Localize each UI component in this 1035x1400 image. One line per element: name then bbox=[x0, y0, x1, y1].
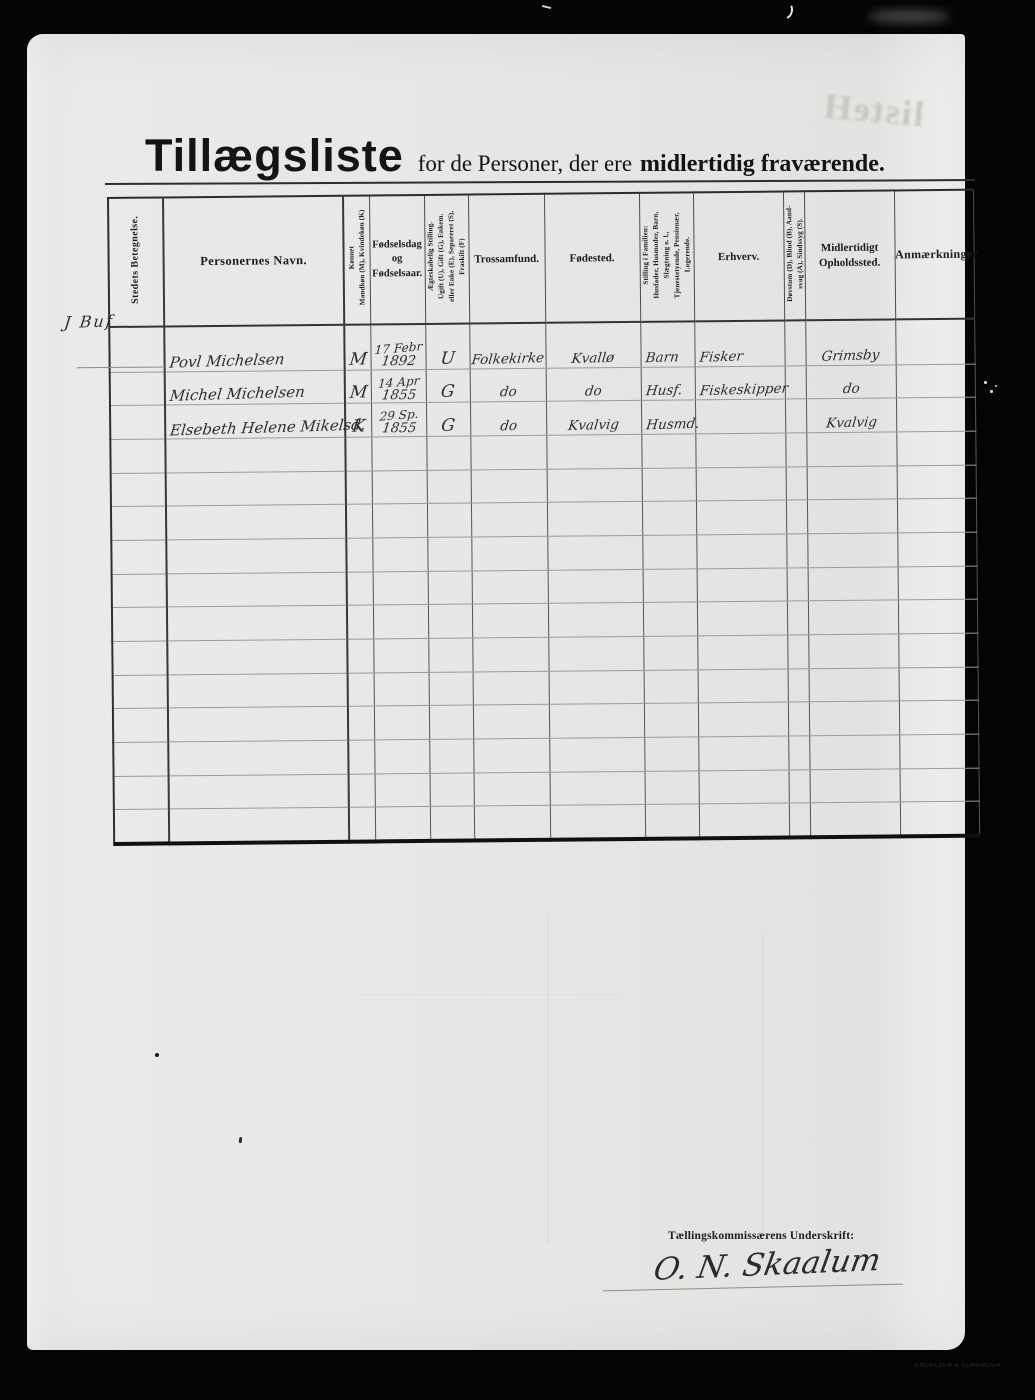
cell-kjonn: M bbox=[345, 369, 371, 403]
table-cell-empty bbox=[785, 433, 806, 467]
table-cell-empty bbox=[346, 538, 372, 572]
table-cell-empty bbox=[698, 736, 788, 771]
table-cell-empty bbox=[169, 808, 349, 843]
table-cell-empty bbox=[897, 532, 976, 566]
scan-speck bbox=[984, 381, 987, 384]
table-cell-empty bbox=[473, 738, 549, 772]
table-cell-empty bbox=[645, 804, 699, 838]
table-cell-empty bbox=[347, 572, 373, 606]
cell-anmerkninger bbox=[895, 319, 974, 365]
header-label: Ægteskabelig Stilling. Ugift (U), Gift (… bbox=[425, 211, 468, 303]
header-cell-navn: Personernes Navn. bbox=[163, 196, 344, 327]
table-cell-empty bbox=[899, 734, 978, 768]
bleedthrough-text: listeH bbox=[820, 85, 925, 136]
header-label: Erhverv. bbox=[694, 250, 783, 263]
ghost-line bbox=[357, 994, 617, 995]
table-cell-empty bbox=[900, 768, 979, 802]
handwritten-value: do bbox=[499, 386, 517, 400]
handwritten-value: Fiskeskipper bbox=[699, 383, 789, 399]
handwritten-value: Grimsby bbox=[821, 348, 880, 363]
table-cell-empty bbox=[641, 434, 695, 468]
table-cell-empty bbox=[473, 705, 549, 739]
header-cell-kjonn: Kønnet Mandkøn (M), Kvindekøn (K) bbox=[343, 195, 370, 324]
handwritten-value: G bbox=[440, 417, 455, 434]
cell-fodested: Kvallø bbox=[545, 322, 640, 368]
table-cell-empty bbox=[807, 533, 897, 568]
table-cell-empty bbox=[807, 499, 897, 534]
ink-speck bbox=[239, 1137, 242, 1143]
table-cell-empty bbox=[810, 802, 900, 837]
header-label: Anmærkninger bbox=[895, 247, 973, 263]
handwritten-birthyear: 1855 bbox=[371, 422, 427, 436]
table-cell-empty bbox=[165, 437, 345, 472]
table-cell-empty bbox=[166, 504, 346, 539]
scan-smudge bbox=[868, 10, 950, 23]
cell-erhverv: Fisker bbox=[694, 321, 784, 367]
table-cell-empty bbox=[696, 534, 786, 569]
table-cell-empty bbox=[375, 773, 430, 807]
table-cell-empty bbox=[114, 809, 169, 843]
handwritten-value: do bbox=[499, 420, 517, 434]
cell-sted bbox=[109, 326, 164, 372]
title-emphasis: midlertidig fraværende. bbox=[640, 151, 885, 177]
table-cell-empty bbox=[786, 534, 807, 568]
table-cell-empty bbox=[428, 638, 472, 672]
cell-navn: Michel Michelsen bbox=[165, 370, 345, 405]
table-cell-empty bbox=[550, 805, 645, 840]
handwritten-value: Kvallø bbox=[571, 351, 615, 366]
handwritten-value: do bbox=[842, 383, 860, 397]
table-cell-empty bbox=[166, 471, 346, 506]
table-cell-empty bbox=[698, 702, 788, 737]
table-cell-empty bbox=[111, 540, 166, 574]
table-cell-empty bbox=[788, 736, 809, 770]
cell-fodselsdag: 29 Sp.1855 bbox=[371, 403, 426, 437]
header-label: Stedets Betegnelse. bbox=[128, 216, 143, 304]
table-cell-empty bbox=[430, 773, 474, 807]
header-label: Døvstum (D), Blind (B), Aand- svag (A), … bbox=[784, 205, 806, 302]
header-label: Kønnet Mandkøn (M), Kvindekøn (K) bbox=[346, 210, 368, 306]
table-cell-empty bbox=[348, 673, 374, 707]
table-cell-empty bbox=[427, 537, 471, 571]
table-cell-empty bbox=[644, 703, 698, 737]
table-cell-empty bbox=[643, 568, 697, 602]
table-cell-empty bbox=[112, 574, 167, 608]
table-cell-empty bbox=[168, 673, 348, 708]
table-cell-empty bbox=[787, 635, 808, 669]
table-cell-empty bbox=[549, 704, 644, 739]
table-cell-empty bbox=[789, 770, 810, 804]
table-cell-empty bbox=[642, 535, 696, 569]
table-cell-empty bbox=[345, 437, 371, 471]
cell-trossamfund: Folkekirke bbox=[469, 323, 545, 369]
table-cell-empty bbox=[427, 470, 471, 504]
table-cell-empty bbox=[644, 670, 698, 704]
header-label: Fødselsdag og Fødselsaar. bbox=[370, 238, 424, 281]
table-cell-empty bbox=[372, 504, 427, 538]
table-cell-empty bbox=[697, 635, 787, 670]
handwritten-value: M bbox=[348, 385, 367, 403]
table-cell-empty bbox=[114, 776, 169, 810]
handwritten-value: Folkekirke bbox=[471, 352, 545, 368]
paper-sheet: listeH Tillægslistefor de Personer, der … bbox=[27, 34, 965, 1350]
table-cell-empty bbox=[347, 639, 373, 673]
table-cell-empty bbox=[695, 433, 785, 468]
table-header: Stedets Betegnelse. Personernes Navn. Kø… bbox=[108, 190, 974, 327]
table-cell-empty bbox=[900, 802, 979, 836]
handwritten-value: Michel Michelsen bbox=[169, 385, 306, 404]
table-cell-empty bbox=[473, 671, 549, 705]
table-cell-empty bbox=[346, 471, 372, 505]
table-cell-empty bbox=[548, 603, 643, 638]
table-cell-empty bbox=[546, 434, 641, 469]
table-cell-empty bbox=[642, 501, 696, 535]
table-row: Povl MichelsenM17 Febr1892UFolkekirkeKva… bbox=[109, 319, 974, 372]
cell-egteskabelig: G bbox=[426, 369, 470, 403]
table-cell-empty bbox=[427, 503, 471, 537]
margin-entry-place: J Buf bbox=[63, 313, 114, 331]
table-cell-empty bbox=[430, 806, 474, 840]
cell-sted bbox=[110, 371, 165, 405]
table-cell-empty bbox=[373, 571, 428, 605]
scan-speck bbox=[990, 390, 993, 393]
table-cell-empty bbox=[808, 634, 898, 669]
cell-fodselsdag: 14 Apr1855 bbox=[371, 369, 426, 403]
table-cell-empty bbox=[807, 465, 897, 500]
table-cell-empty bbox=[645, 771, 699, 805]
table-cell-empty bbox=[787, 567, 808, 601]
table-cell-empty bbox=[348, 706, 374, 740]
handwritten-value: G bbox=[440, 384, 455, 401]
table-cell-empty bbox=[809, 701, 899, 736]
table-cell-empty bbox=[110, 439, 165, 473]
cell-fodested: Kvalvig bbox=[546, 401, 641, 436]
table-cell-empty bbox=[166, 538, 346, 573]
table-cell-empty bbox=[471, 503, 547, 537]
table-cell-empty bbox=[167, 606, 347, 641]
header-cell-fodselsdag: Fødselsdag og Fødselsaar. bbox=[369, 195, 425, 325]
census-table: Stedets Betegnelse. Personernes Navn. Kø… bbox=[107, 189, 980, 846]
table-cell-empty bbox=[429, 739, 473, 773]
table-cell-empty bbox=[471, 536, 547, 570]
table-cell-empty bbox=[374, 706, 429, 740]
table-cell-empty bbox=[348, 740, 374, 774]
table-cell-empty bbox=[474, 806, 550, 840]
cell-trossamfund: do bbox=[470, 368, 546, 402]
signature: O. N. Skaalum bbox=[651, 1242, 883, 1288]
table-cell-empty bbox=[643, 602, 697, 636]
table-cell-empty bbox=[429, 705, 473, 739]
table-cell-empty bbox=[548, 569, 643, 604]
table-cell-empty bbox=[346, 504, 372, 538]
table-cell-empty bbox=[372, 537, 427, 571]
cell-fodested: do bbox=[546, 367, 641, 402]
table-cell-empty bbox=[897, 465, 976, 499]
table-cell-empty bbox=[808, 600, 898, 635]
header-label: Midlertidigt Opholdssted. bbox=[805, 240, 894, 271]
scan-speck bbox=[542, 5, 551, 9]
handwritten-value: K bbox=[351, 418, 366, 435]
table-cell-empty bbox=[372, 470, 427, 504]
table-cell-empty bbox=[696, 500, 786, 535]
table-cell-empty bbox=[428, 571, 472, 605]
handwritten-value: Povl Michelsen bbox=[169, 352, 286, 371]
header-label: Personernes Navn. bbox=[165, 253, 343, 270]
table-cell-empty bbox=[349, 807, 375, 841]
table-cell-empty bbox=[697, 601, 787, 636]
table-cell-empty bbox=[898, 566, 977, 600]
table-cell-empty bbox=[426, 436, 470, 470]
handwritten-birthyear: 1855 bbox=[371, 389, 427, 403]
handwritten-value: Kvalvig bbox=[825, 416, 877, 431]
table-cell-empty bbox=[471, 469, 547, 503]
table-cell-empty bbox=[786, 466, 807, 500]
table-cell-empty bbox=[549, 670, 644, 705]
cell-anmerkninger bbox=[896, 397, 975, 431]
table-cell-empty bbox=[786, 500, 807, 534]
table-cell-empty bbox=[550, 771, 645, 806]
table-cell-empty bbox=[642, 467, 696, 501]
table-cell-empty bbox=[374, 672, 429, 706]
scan-speck bbox=[995, 385, 997, 387]
cell-opholdssted: Grimsby bbox=[805, 319, 895, 365]
table-cell-empty bbox=[472, 570, 548, 604]
cell-anmerkninger bbox=[896, 364, 975, 398]
table-cell-empty bbox=[429, 672, 473, 706]
table-cell-empty bbox=[699, 803, 789, 838]
handwritten-value: Husf. bbox=[645, 384, 683, 399]
table-cell-empty bbox=[808, 567, 898, 602]
table-cell-empty bbox=[168, 740, 348, 775]
table-cell-empty bbox=[806, 432, 896, 467]
table-cell-empty bbox=[698, 669, 788, 704]
header-label: Stilling i Familien: Husfader, Husmoder,… bbox=[640, 211, 693, 298]
table-cell-empty bbox=[809, 735, 899, 770]
table-cell-empty bbox=[898, 599, 977, 633]
table-cell-empty bbox=[899, 701, 978, 735]
header-cell-fodested: Fødested. bbox=[544, 193, 640, 323]
table-cell-empty bbox=[167, 572, 347, 607]
handwritten-birthyear: 1892 bbox=[370, 355, 426, 369]
handwritten-value: M bbox=[348, 351, 367, 369]
table-cell-empty bbox=[167, 639, 347, 674]
table-cell-empty bbox=[787, 601, 808, 635]
cell-familie: Husmd. bbox=[641, 400, 695, 434]
scanned-census-page: listeH Tillægslistefor de Personer, der … bbox=[0, 0, 1035, 1400]
cell-egteskabelig: G bbox=[426, 402, 470, 436]
cell-fodselsdag: 17 Febr1892 bbox=[370, 324, 425, 370]
page-title: Tillægslistefor de Personer, der eremidl… bbox=[145, 130, 945, 182]
ink-speck bbox=[155, 1053, 159, 1057]
table-cell-empty bbox=[113, 742, 168, 776]
table-cell-empty bbox=[169, 774, 349, 809]
table-cell-empty bbox=[113, 675, 168, 709]
table-cell-empty bbox=[697, 568, 787, 603]
table-cell-empty bbox=[549, 737, 644, 772]
table-body: Povl MichelsenM17 Febr1892UFolkekirkeKva… bbox=[109, 319, 979, 844]
table-cell-empty bbox=[374, 739, 429, 773]
cell-kjonn: M bbox=[344, 324, 370, 369]
printer-mark: ENGELSEN & SCHRØDER. bbox=[915, 1363, 1003, 1369]
handwritten-value: Fisker bbox=[698, 350, 743, 365]
scan-speck bbox=[771, 0, 795, 22]
table-cell-empty bbox=[897, 498, 976, 532]
table-cell-empty bbox=[810, 769, 900, 804]
table-cell-empty bbox=[349, 774, 375, 808]
cell-navn: Povl Michelsen bbox=[164, 325, 344, 372]
table-cell-empty bbox=[371, 436, 426, 470]
table-cell-empty bbox=[788, 702, 809, 736]
header-cell-erhverv: Erhverv. bbox=[693, 192, 784, 322]
ghost-line bbox=[547, 914, 549, 1244]
cell-erhverv bbox=[695, 399, 785, 434]
table-cell-empty bbox=[643, 636, 697, 670]
header-cell-trossamfund: Trossamfund. bbox=[468, 194, 545, 324]
title-main: Tillægsliste bbox=[145, 130, 404, 181]
table-cell-empty bbox=[788, 668, 809, 702]
cell-sted bbox=[110, 405, 165, 439]
table-cell-empty bbox=[898, 633, 977, 667]
table-cell-empty bbox=[375, 807, 430, 841]
table-row-empty bbox=[114, 802, 979, 844]
table-cell-empty bbox=[547, 535, 642, 570]
header-cell-dbas: Døvstum (D), Blind (B), Aand- svag (A), … bbox=[783, 191, 805, 320]
table-cell-empty bbox=[113, 708, 168, 742]
cell-dbas bbox=[785, 399, 806, 433]
table-cell-empty bbox=[373, 638, 428, 672]
table-cell-empty bbox=[112, 641, 167, 675]
cell-dbas bbox=[784, 320, 805, 365]
cell-trossamfund: do bbox=[470, 401, 546, 435]
title-middle: for de Personer, der ere bbox=[418, 151, 632, 176]
cell-opholdssted: do bbox=[806, 364, 896, 399]
table-cell-empty bbox=[699, 770, 789, 805]
table-cell-empty bbox=[428, 604, 472, 638]
handwritten-value: U bbox=[439, 350, 455, 367]
handwritten-value: Barn bbox=[644, 351, 679, 366]
header-cell-opholdssted: Midlertidigt Opholdssted. bbox=[804, 190, 895, 320]
table-cell-empty bbox=[696, 467, 786, 502]
handwritten-value: Elsebeth Helene Mikelsd. bbox=[169, 417, 366, 438]
table-cell-empty bbox=[112, 607, 167, 641]
cell-egteskabelig: U bbox=[425, 324, 469, 369]
header-cell-sted: Stedets Betegnelse. bbox=[108, 197, 164, 327]
table-cell-empty bbox=[472, 637, 548, 671]
table-cell-empty bbox=[470, 435, 546, 469]
table-cell-empty bbox=[809, 668, 899, 703]
table-cell-empty bbox=[789, 803, 810, 837]
signature-line bbox=[603, 1284, 903, 1292]
handwritten-value: Husmd. bbox=[645, 418, 700, 433]
header-cell-familie: Stilling i Familien: Husfader, Husmoder,… bbox=[639, 192, 694, 322]
cell-opholdssted: Kvalvig bbox=[806, 398, 896, 433]
table-cell-empty bbox=[547, 502, 642, 537]
cell-familie: Husf. bbox=[641, 366, 695, 400]
ghost-line bbox=[762, 934, 764, 1234]
table-wrapper: J Buf Stedets Betegnelse. Personernes Na… bbox=[107, 189, 980, 846]
table-cell-empty bbox=[896, 431, 975, 465]
header-label: Fødested. bbox=[545, 251, 639, 264]
table-cell-empty bbox=[472, 604, 548, 638]
table-cell-empty bbox=[474, 772, 550, 806]
header-cell-egteskabelig: Ægteskabelig Stilling. Ugift (U), Gift (… bbox=[424, 195, 469, 324]
table-cell-empty bbox=[644, 737, 698, 771]
header-cell-anmerkninger: Anmærkninger bbox=[894, 190, 974, 320]
table-cell-empty bbox=[548, 636, 643, 671]
handwritten-value: Kvalvig bbox=[568, 418, 620, 433]
cell-erhverv: Fiskeskipper bbox=[695, 366, 785, 401]
header-row: Stedets Betegnelse. Personernes Navn. Kø… bbox=[108, 190, 974, 327]
handwritten-value: do bbox=[584, 385, 602, 399]
table-cell-empty bbox=[547, 468, 642, 503]
cell-familie: Barn bbox=[640, 321, 694, 367]
table-cell-empty bbox=[111, 473, 166, 507]
table-cell-empty bbox=[347, 605, 373, 639]
table-cell-empty bbox=[899, 667, 978, 701]
table-cell-empty bbox=[111, 506, 166, 540]
cell-navn: Elsebeth Helene Mikelsd. bbox=[165, 403, 345, 438]
table-cell-empty bbox=[373, 605, 428, 639]
header-label: Trossamfund. bbox=[469, 252, 544, 265]
table-cell-empty bbox=[168, 707, 348, 742]
